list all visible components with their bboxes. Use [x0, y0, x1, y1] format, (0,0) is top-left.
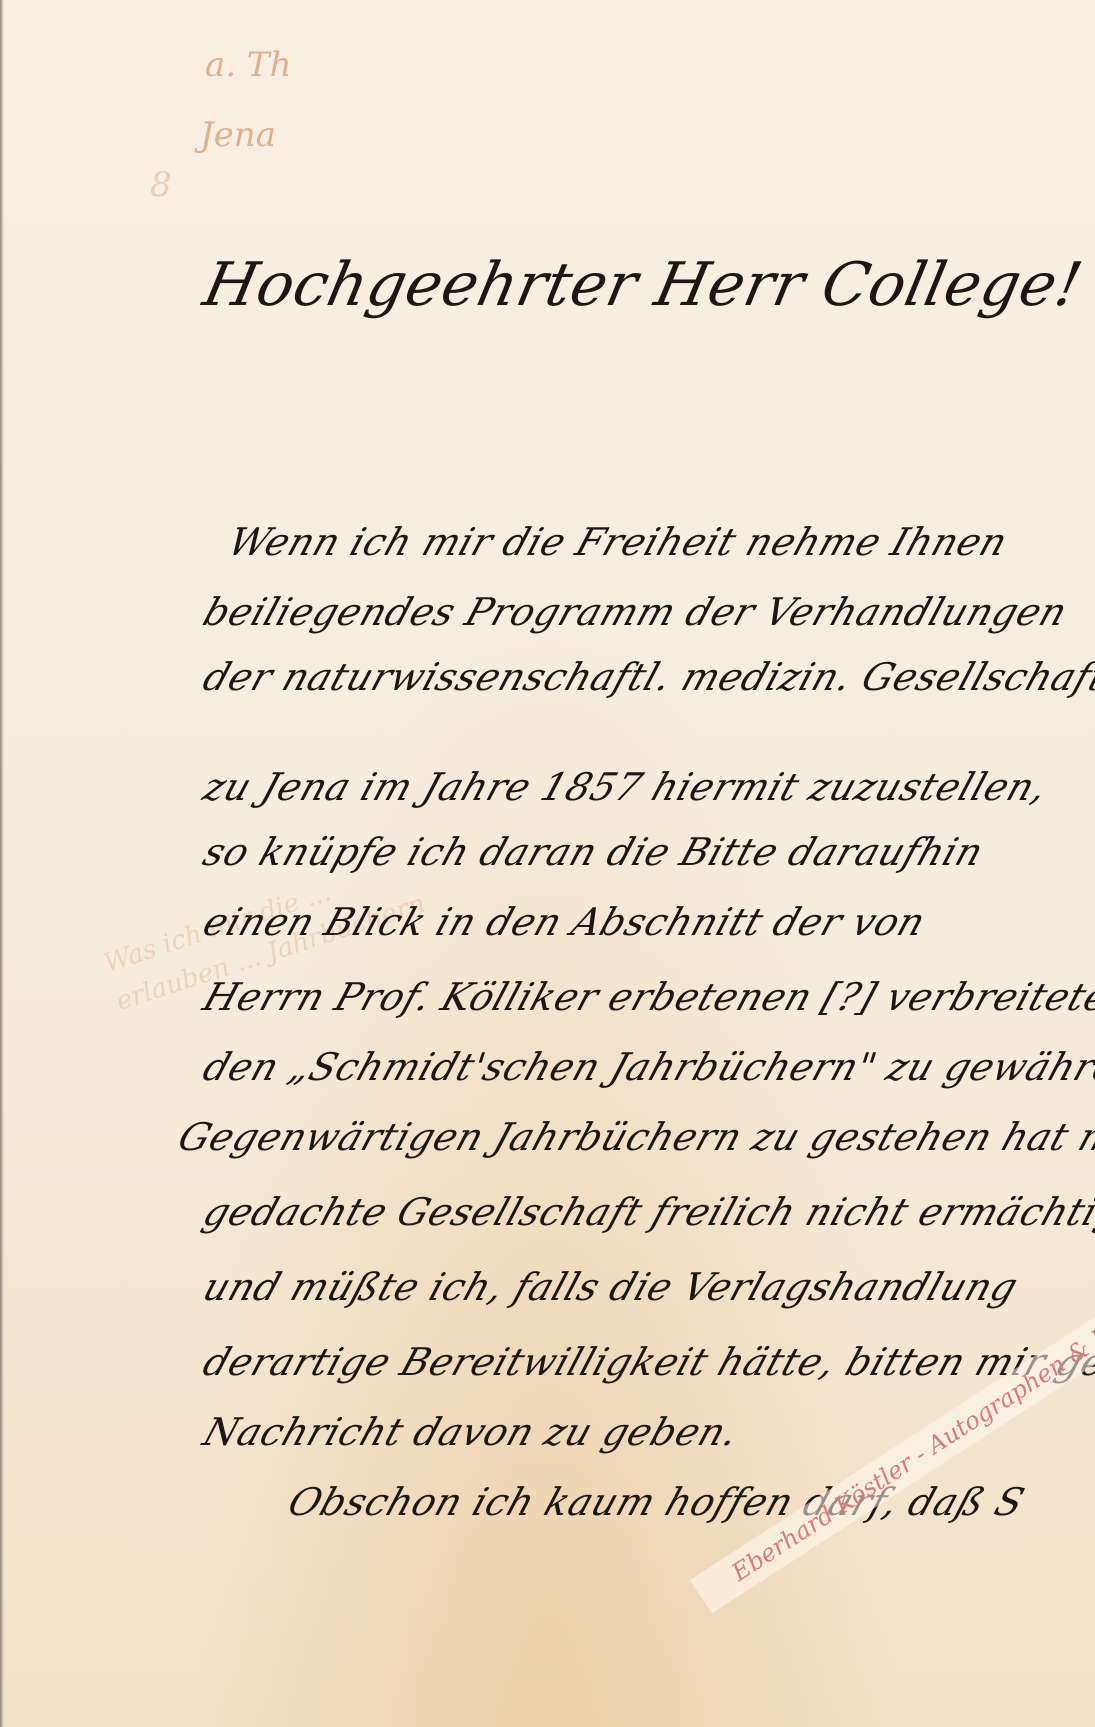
margin-note-pencil: Jena — [200, 115, 276, 155]
body-line-underlined: den „Schmidt'schen Jahrbüchern" zu gewäh… — [198, 1045, 1095, 1089]
body-line: beiliegendes Programm der Verhandlungen — [198, 590, 1073, 634]
body-line: und müßte ich, falls die Verlagshandlung — [198, 1265, 1024, 1309]
body-line: zu Jena im Jahre 1857 hiermit zuzustelle… — [198, 765, 1053, 809]
dealer-watermark: Eberhard Köstler - Autographen & Bücher — [690, 1280, 1095, 1613]
body-line: gedachte Gesellschaft freilich nicht erm… — [198, 1190, 1095, 1234]
body-line: der naturwissenschaftl. medizin. Gesells… — [198, 655, 1095, 699]
paper-edge — [0, 0, 4, 1727]
margin-note-number: 8 — [150, 165, 172, 205]
letter-page: a. Th Jena 8 Was ich mir die ... erlaube… — [0, 0, 1095, 1727]
body-line: Wenn ich mir die Freiheit nehme Ihnen — [223, 520, 1013, 564]
body-line: einen Blick in den Abschnitt der von — [198, 900, 931, 944]
body-line: Gegenwärtigen Jahrbüchern zu gestehen ha… — [173, 1115, 1095, 1159]
salutation: Hochgeehrter Herr College! — [198, 250, 1089, 320]
margin-note-pencil: a. Th — [205, 45, 291, 85]
body-line: Obschon ich kaum hoffen darf, daß S — [283, 1480, 1030, 1524]
body-line: Nachricht davon zu geben. — [198, 1410, 745, 1454]
body-line: Herrn Prof. Kölliker erbetenen [?] verbr… — [198, 975, 1095, 1019]
body-line: so knüpfe ich daran die Bitte daraufhin — [198, 830, 989, 874]
body-line: derartige Bereitwilligkeit hätte, bitten… — [198, 1340, 1095, 1384]
